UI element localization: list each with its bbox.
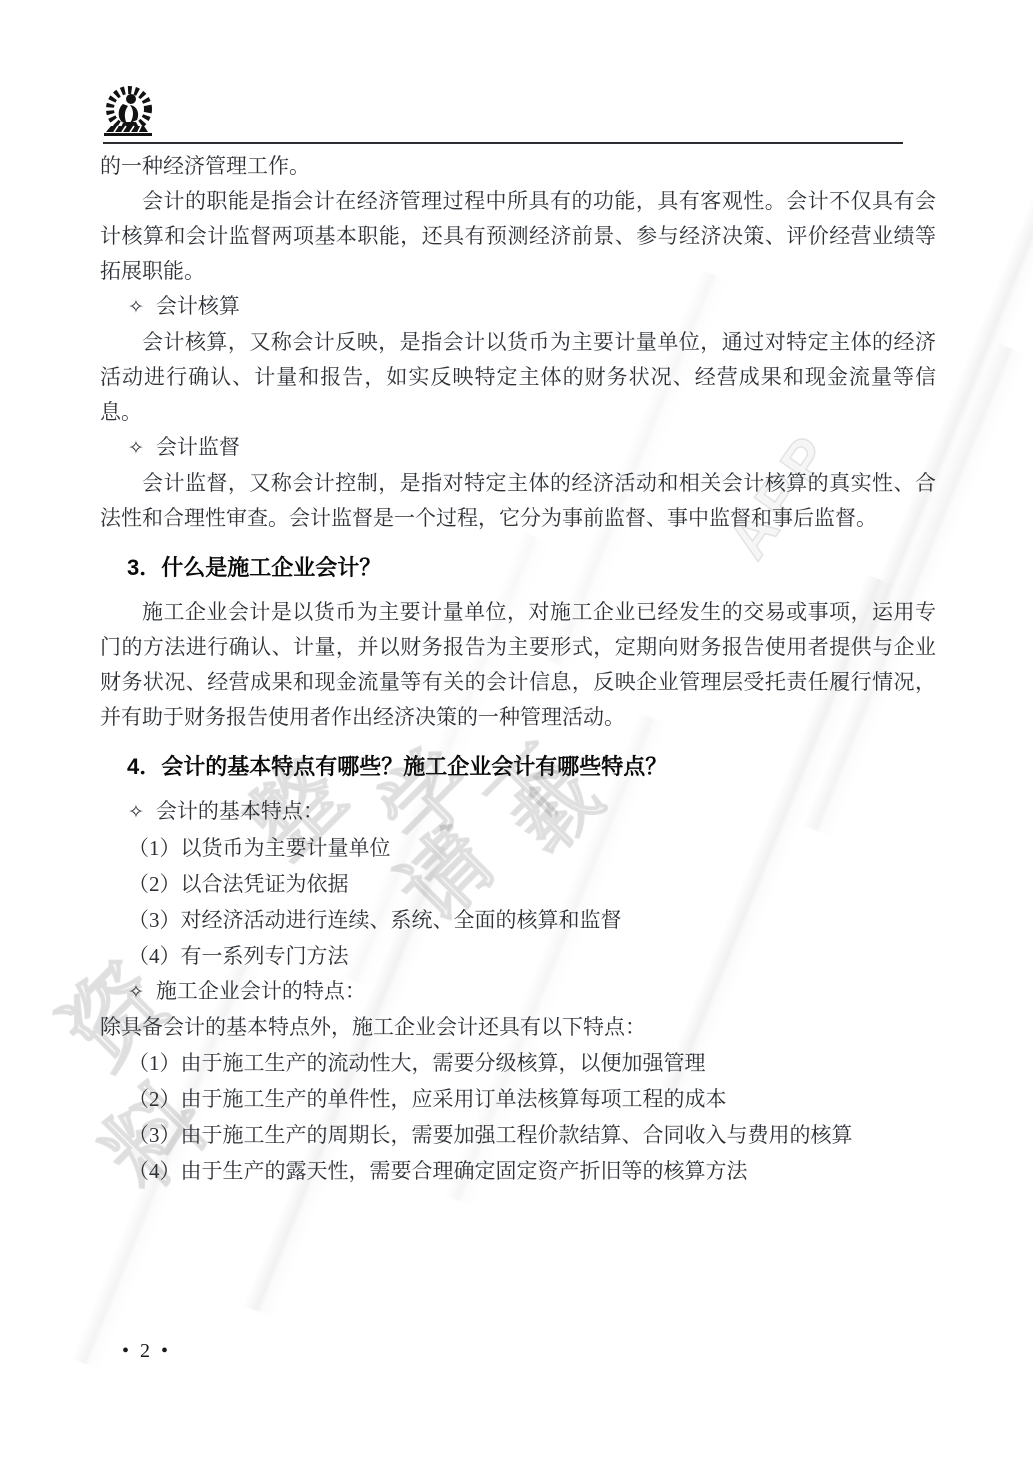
header-rule bbox=[103, 142, 903, 144]
diamond-bullet-icon: ✧ bbox=[128, 802, 144, 823]
page-content: 的一种经济管理工作。 会计的职能是指会计在经济管理过程中所具有的功能，具有客观性… bbox=[100, 149, 936, 1189]
bullet-construction-features: ✧施工企业会计的特点： bbox=[100, 974, 936, 1010]
bullet-label: 会计监督 bbox=[156, 435, 240, 459]
paragraph-construction-intro: 除具备会计的基本特点外，施工企业会计还具有以下特点： bbox=[100, 1010, 936, 1045]
paragraph-functions: 会计的职能是指会计在经济管理过程中所具有的功能，具有客观性。会计不仅具有会计核算… bbox=[100, 184, 936, 289]
heading-question-4: 4．会计的基本特点有哪些？施工企业会计有哪些特点？ bbox=[100, 749, 936, 784]
list-item: （1）以货币为主要计量单位 bbox=[100, 830, 936, 866]
list-item: （2）以合法凭证为依据 bbox=[100, 866, 936, 902]
publisher-logo-icon bbox=[94, 84, 160, 146]
page-number: • 2 • bbox=[122, 1340, 171, 1363]
list-item: （2）由于施工生产的单件性，应采用订单法核算每项工程的成本 bbox=[100, 1081, 936, 1117]
list-item: （3）由于施工生产的周期长，需要加强工程价款结算、合同收入与费用的核算 bbox=[100, 1117, 936, 1153]
list-item: （1）由于施工生产的流动性大，需要分级核算，以便加强管理 bbox=[100, 1045, 936, 1081]
bullet-label: 会计的基本特点： bbox=[156, 799, 324, 823]
paragraph-question-3: 施工企业会计是以货币为主要计量单位，对施工企业已经发生的交易或事项，运用专门的方… bbox=[100, 595, 936, 735]
heading-question-3: 3．什么是施工企业会计？ bbox=[100, 550, 936, 585]
bullet-label: 会计核算 bbox=[156, 294, 240, 318]
list-item: （4）由于生产的露天性，需要合理确定固定资产折旧等的核算方法 bbox=[100, 1153, 936, 1189]
paragraph-supervision: 会计监督，又称会计控制，是指对特定主体的经济活动和相关会计核算的真实性、合法性和… bbox=[100, 466, 936, 536]
document-page: 整 学 下 载 请 APP 资 料 的一种经济管理工作。 会计的职能是指会计在经… bbox=[0, 0, 1033, 1459]
bullet-basic-features: ✧会计的基本特点： bbox=[100, 794, 936, 830]
paragraph-accounting: 会计核算，又称会计反映，是指会计以货币为主要计量单位，通过对特定主体的经济活动进… bbox=[100, 325, 936, 430]
diamond-bullet-icon: ✧ bbox=[128, 438, 144, 459]
bullet-accounting: ✧会计核算 bbox=[100, 289, 936, 325]
bullet-label: 施工企业会计的特点： bbox=[156, 979, 366, 1003]
paragraph-carryover: 的一种经济管理工作。 bbox=[100, 149, 936, 184]
list-item: （3）对经济活动进行连续、系统、全面的核算和监督 bbox=[100, 902, 936, 938]
diamond-bullet-icon: ✧ bbox=[128, 297, 144, 318]
bullet-supervision: ✧会计监督 bbox=[100, 430, 936, 466]
list-item: （4）有一系列专门方法 bbox=[100, 938, 936, 974]
diamond-bullet-icon: ✧ bbox=[128, 982, 144, 1003]
